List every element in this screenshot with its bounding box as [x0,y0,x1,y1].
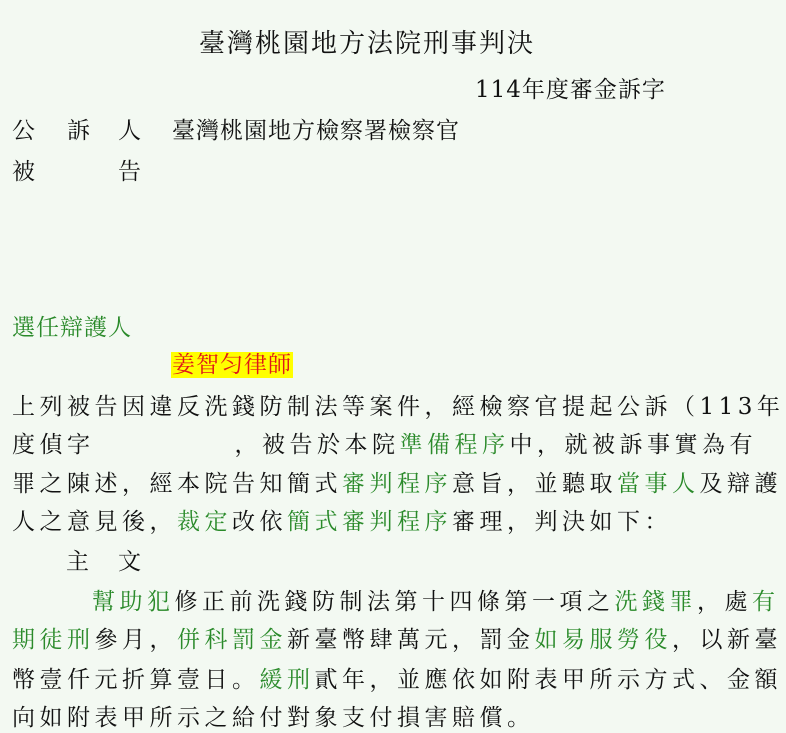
defendant-label-char: 告 [118,157,141,187]
body-text: ，被告於本院 [235,432,400,458]
body-text: 人之意見後， [12,509,177,535]
prosecutor-label-char: 人 [118,116,141,146]
legal-term: 簡式審判程序 [287,509,452,535]
legal-term: 緩刑 [260,667,315,693]
legal-term: 有 [752,589,780,615]
main-text-line-2: 期徒刑參月，併科罰金新臺幣肆萬元，罰金如易服勞役，以新臺 [12,625,782,655]
body-text: 改依 [232,509,287,535]
body-text: 罪之陳述，經本院告知簡式 [12,471,342,497]
main-text-line-3: 幣壹仟元折算壹日。緩刑貳年，並應依如附表甲所示方式、金額 [12,665,782,695]
body-text: 意旨，並聽取 [452,471,617,497]
legal-term: 洗錢罪 [615,589,698,615]
case-number: 114年度審金訴字 [475,75,666,105]
body-text: 中，就被訴事實為有 [510,432,758,458]
main-text-line-1: 幫助犯修正前洗錢防制法第十四條第一項之洗錢罪，處有 [92,587,780,617]
body-line-1: 上列被告因違反洗錢防制法等案件，經檢察官提起公訴（113年 [12,392,784,422]
main-text: 幣壹仟元折算壹日。 [12,667,260,693]
defense-counsel-name-line: 姜智匀律師 [171,350,293,380]
body-line-4: 人之意見後，裁定改依簡式審判程序審理，判決如下： [12,507,672,537]
legal-term: 幫助犯 [92,589,175,615]
prosecutor-label-char: 訴 [67,116,90,146]
body-text: 度偵字 [12,432,95,458]
main-text: 向如附表甲所示之給付對象支付損害賠償。 [12,705,535,731]
main-text: ，處 [697,589,752,615]
defense-counsel-label: 選任辯護人 [12,313,132,343]
legal-term: 準備程序 [400,432,510,458]
body-line-2: 度偵字，被告於本院準備程序中，就被訴事實為有 [12,430,757,460]
legal-term: 期徒刑 [12,627,95,653]
main-text: 修正前洗錢防制法第十四條第一項之 [175,589,615,615]
main-text: 新臺幣肆萬元，罰金 [287,627,535,653]
main-text: 貳年，並應依如附表甲所示方式、金額 [315,667,783,693]
legal-term: 併科罰金 [177,627,287,653]
main-text: 參月， [95,627,178,653]
body-text: 審理，判決如下： [452,509,672,535]
judgment-document: 臺灣桃園地方法院刑事判決 114年度審金訴字 公 訴 人 臺灣桃園地方檢察署檢察… [0,0,786,733]
body-text: 及辯護 [700,471,783,497]
main-text-line-4: 向如附表甲所示之給付對象支付損害賠償。 [12,703,535,733]
defense-counsel-name: 姜智匀律師 [171,352,293,378]
body-text: 上列被告因違反洗錢防制法等案件，經檢察官提起公訴（113年 [12,394,784,420]
legal-term: 當事人 [617,471,700,497]
section-heading-char: 文 [118,547,146,577]
section-heading-char: 主 [66,547,94,577]
body-line-3: 罪之陳述，經本院告知簡式審判程序意旨，並聽取當事人及辯護 [12,469,782,499]
legal-term: 審判程序 [342,471,452,497]
redacted-case-number [95,436,235,456]
main-text: ，以新臺 [672,627,782,653]
legal-term: 裁定 [177,509,232,535]
prosecutor-label-char: 公 [12,116,35,146]
defendant-label-char: 被 [12,157,35,187]
document-title: 臺灣桃園地方法院刑事判決 [199,27,535,61]
legal-term: 如易服勞役 [535,627,673,653]
prosecutor-value: 臺灣桃園地方檢察署檢察官 [172,116,460,146]
